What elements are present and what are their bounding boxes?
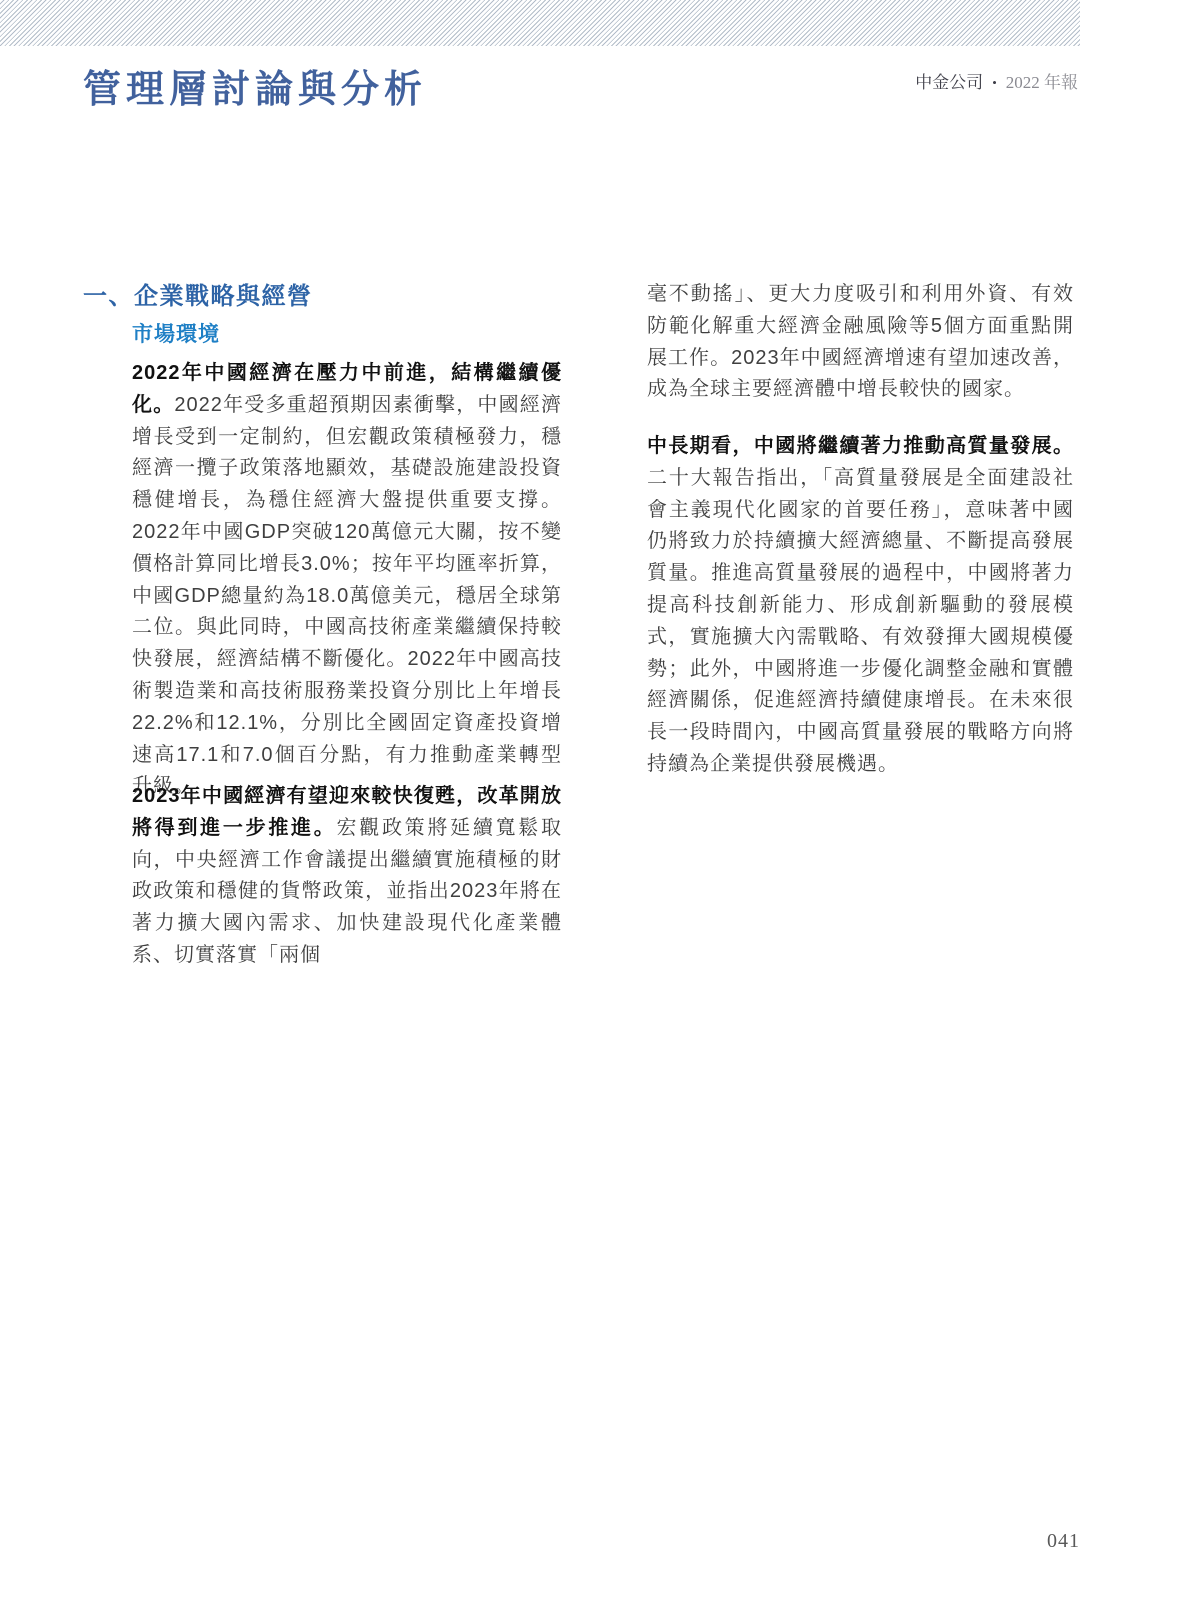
paragraph-body: 2022年受多重超預期因素衝擊，中國經濟增長受到一定制約，但宏觀政策積極發力，穩… <box>132 394 562 798</box>
paragraph-body: 宏觀政策將延續寬鬆取向，中央經濟工作會議提出繼續實施積極的財政政策和穩健的貨幣政… <box>132 817 562 966</box>
sub-heading-market-environment: 市場環境 <box>132 318 220 348</box>
right-paragraph-continuation: 毫不動搖」、更大力度吸引和利用外資、有效防範化解重大經濟金融風險等5個方面重點開… <box>647 279 1074 406</box>
page-title: 管理層討論與分析 <box>83 58 427 113</box>
paragraph-body: 毫不動搖」、更大力度吸引和利用外資、有效防範化解重大經濟金融風險等5個方面重點開… <box>647 283 1074 400</box>
report-edition: 2022 年報 <box>1006 73 1078 92</box>
header-meta: 中金公司•2022 年報 <box>915 68 1078 93</box>
paragraph-lead: 中長期看，中國將繼續著力推動高質量發展。 <box>647 435 1074 457</box>
bullet-separator-icon: • <box>992 75 997 91</box>
page-number: 041 <box>1047 1530 1080 1553</box>
right-paragraph-long-term: 中長期看，中國將繼續著力推動高質量發展。二十大報告指出，「高質量發展是全面建設社… <box>647 431 1074 781</box>
paragraph-body: 二十大報告指出，「高質量發展是全面建設社會主義現代化國家的首要任務」，意味著中國… <box>647 467 1074 775</box>
section-heading-corporate-strategy: 一、企業戰略與經營 <box>83 276 313 311</box>
company-name: 中金公司 <box>915 73 983 92</box>
report-page: 管理層討論與分析 中金公司•2022 年報 一、企業戰略與經營 市場環境 202… <box>0 0 1190 1615</box>
left-paragraph-2022-economy: 2022年中國經濟在壓力中前進，結構繼續優化。2022年受多重超預期因素衝擊，中… <box>132 358 562 803</box>
hatch-pattern-band <box>0 0 1080 46</box>
left-paragraph-2023-outlook: 2023年中國經濟有望迎來較快復甦，改革開放將得到進一步推進。宏觀政策將延續寬鬆… <box>132 781 562 972</box>
